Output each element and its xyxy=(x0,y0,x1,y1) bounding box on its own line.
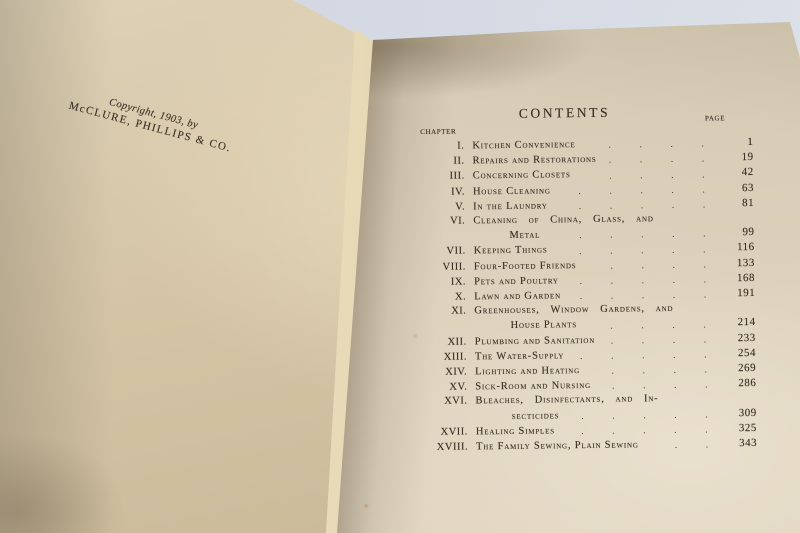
dot-leader xyxy=(571,295,720,302)
dot-leader xyxy=(561,189,719,196)
page-number: 286 xyxy=(724,376,756,391)
chapter-title: Bleaches, Disinfectants, and In- xyxy=(475,393,658,409)
open-book-photo: Copyright, 1903, by McCLURE, PHILLIPS & … xyxy=(0,0,800,533)
chapter-number: XV. xyxy=(421,381,475,396)
page-number: 254 xyxy=(724,346,756,361)
dot-leader xyxy=(601,385,721,391)
page-number: 191 xyxy=(723,286,755,301)
chapter-number: I. xyxy=(418,139,472,154)
page-number: 325 xyxy=(725,421,757,436)
page-number: 214 xyxy=(723,315,755,330)
dot-leader xyxy=(558,249,720,256)
chapter-title: The Family Sewing, Plain Sewing xyxy=(476,438,639,454)
chapter-title: Kitchen Convenience xyxy=(472,138,575,153)
chapter-number: VII. xyxy=(420,245,474,260)
chapter-number: XIV. xyxy=(421,365,475,380)
chapter-number: XI. xyxy=(420,305,474,320)
chapter-number xyxy=(421,329,475,330)
page-number: 269 xyxy=(724,361,756,376)
dot-leader xyxy=(607,159,719,165)
chapter-title: House Cleaning xyxy=(473,184,551,199)
dot-leader xyxy=(586,264,719,271)
page-number: 343 xyxy=(725,436,757,451)
chapter-number: III. xyxy=(419,170,473,185)
chapter-title: secticides xyxy=(512,409,560,424)
chapter-title: Keeping Things xyxy=(474,244,548,259)
toc-entries: I. Kitchen Convenience 1 II. Repairs and… xyxy=(418,135,757,455)
chapter-number: XVIII. xyxy=(422,440,476,455)
page-number: 168 xyxy=(723,271,755,286)
chapter-title: Four-Footed Friends xyxy=(474,259,577,274)
dot-leader xyxy=(590,370,721,377)
page-number: 19 xyxy=(721,150,753,165)
chapter-title: Concerning Closets xyxy=(473,169,571,184)
page-number: 116 xyxy=(723,240,755,255)
dot-leader xyxy=(586,144,719,151)
page-number: 99 xyxy=(722,225,754,240)
dot-leader xyxy=(550,234,719,241)
chapter-number xyxy=(420,239,474,240)
dot-leader xyxy=(605,339,721,345)
chapter-number: II. xyxy=(418,155,472,170)
page-number: 63 xyxy=(722,181,754,196)
contents-page-text: CONTENTS CHAPTER PAGE I. Kitchen Conveni… xyxy=(418,101,757,455)
chapter-number: XII. xyxy=(421,335,475,350)
dot-leader xyxy=(649,445,722,451)
page-number: 81 xyxy=(722,196,754,211)
dot-leader xyxy=(574,354,721,361)
chapter-title: Repairs and Restorations xyxy=(472,153,596,169)
chapter-number: VIII. xyxy=(420,260,474,275)
page-number: 133 xyxy=(723,256,755,271)
chapter-number: VI. xyxy=(419,214,473,229)
chapter-title: In the Laundry xyxy=(473,199,548,214)
chapter-number xyxy=(422,419,476,420)
chapter-number: XVII. xyxy=(422,425,476,440)
dot-leader xyxy=(569,414,721,421)
chapter-number: IV. xyxy=(419,185,473,200)
dot-leader xyxy=(581,174,719,181)
chapter-number: XVI. xyxy=(421,395,475,410)
page-number: 233 xyxy=(724,331,756,346)
chapter-number: IX. xyxy=(420,275,474,290)
page-number: 1 xyxy=(721,135,753,150)
chapter-title: Lawn and Garden xyxy=(474,289,561,304)
dot-leader xyxy=(558,204,719,211)
chapter-number: XIII. xyxy=(421,350,475,365)
chapter-title: Greenhouses, Window Gardens, and xyxy=(474,302,673,319)
chapter-title: Sick-Room and Nursing xyxy=(475,379,591,395)
dot-leader xyxy=(565,429,722,436)
chapter-number: X. xyxy=(420,290,474,305)
dot-leader xyxy=(587,324,721,331)
page-number: 309 xyxy=(725,406,757,421)
page-column-label: PAGE xyxy=(705,114,725,122)
chapter-title: Cleaning of China, Glass, and xyxy=(473,212,654,228)
page-number: 42 xyxy=(722,165,754,180)
chapter-title: Healing Simples xyxy=(476,424,555,439)
chapter-title: Plumbing and Sanitation xyxy=(475,334,595,350)
dot-leader xyxy=(569,279,720,286)
chapter-title: Metal xyxy=(509,229,540,244)
chapter-number: V. xyxy=(419,200,473,215)
chapter-title: Pets and Poultry xyxy=(474,274,559,289)
chapter-title: House Plants xyxy=(510,319,577,334)
chapter-column-label: CHAPTER xyxy=(420,128,456,136)
chapter-title: Lighting and Heating xyxy=(475,364,580,379)
chapter-title: The Water-Supply xyxy=(475,349,564,364)
